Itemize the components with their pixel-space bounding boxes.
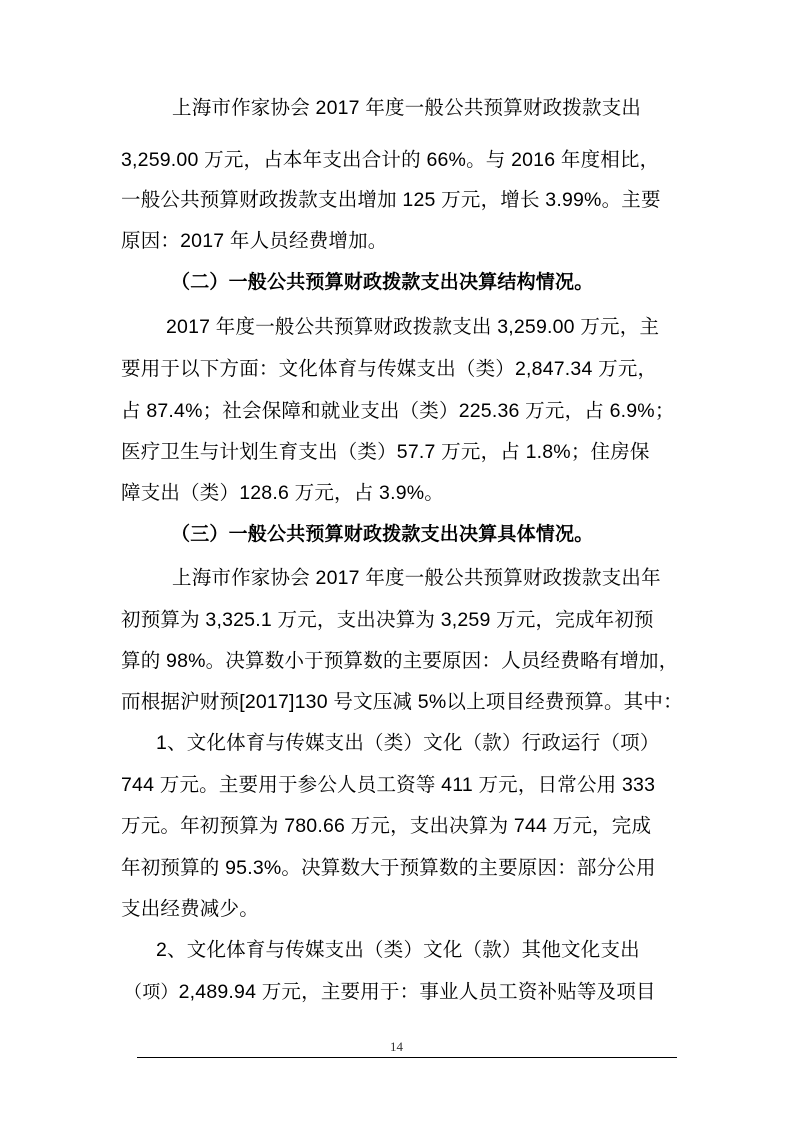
section-heading-2: （二）一般公共预算财政拨款支出决算结构情况。 [171, 271, 593, 295]
paragraph-1-line-4: 原因：2017 年人员经费增加。 [121, 229, 388, 253]
paragraph-2-line-5: 障支出（类）128.6 万元，占 3.9%。 [121, 481, 444, 505]
item-1-line-5: 支出经费减少。 [121, 897, 259, 921]
item-1-line-2: 744 万元。主要用于参公人员工资等 411 万元，日常公用 333 [121, 773, 655, 797]
item-2-line-2-text: 2,489.94 万元，主要用于：事业人员工资补贴等及项目 [179, 981, 656, 1003]
item-2-line-2: （项）2,489.94 万元，主要用于：事业人员工资补贴等及项目 [124, 980, 656, 1004]
item-1-line-4: 年初预算的 95.3%。决算数大于预算数的主要原因：部分公用 [121, 856, 656, 880]
item-2-line-1: 2、文化体育与传媒支出（类）文化（款）其他文化支出 [156, 938, 640, 962]
paragraph-1-line-2: 3,259.00 万元，占本年支出合计的 66%。与 2016 年度相比， [121, 148, 659, 172]
paragraph-3-line-3: 算的 98%。决算数小于预算数的主要原因：人员经费略有增加， [121, 649, 678, 673]
paragraph-3-line-4: 而根据沪财预[2017]130 号文压减 5%以上项目经费预算。其中： [121, 690, 683, 714]
paragraph-2-line-1: 2017 年度一般公共预算财政拨款支出 3,259.00 万元，主 [166, 315, 659, 339]
paragraph-2-line-4: 医疗卫生与计划生育支出（类）57.7 万元，占 1.8%；住房保 [121, 440, 650, 464]
paragraph-3-line-2: 初预算为 3,325.1 万元，支出决算为 3,259 万元，完成年初预 [121, 608, 654, 632]
footer-divider [137, 1057, 677, 1058]
document-page: 上海市作家协会 2017 年度一般公共预算财政拨款支出 3,259.00 万元，… [0, 0, 793, 1122]
paragraph-1-line-3: 一般公共预算财政拨款支出增加 125 万元，增长 3.99%。主要 [121, 188, 661, 212]
item-2-line-2-prefix: （项） [124, 982, 179, 1002]
item-1-line-1: 1、文化体育与传媒支出（类）文化（款）行政运行（项） [156, 731, 660, 755]
item-1-line-3: 万元。年初预算为 780.66 万元，支出决算为 744 万元，完成 [121, 814, 651, 838]
page-number: 14 [0, 1039, 793, 1055]
paragraph-2-line-2: 要用于以下方面：文化体育与传媒支出（类）2,847.34 万元， [121, 357, 657, 381]
paragraph-1-line-1: 上海市作家协会 2017 年度一般公共预算财政拨款支出 [172, 96, 641, 120]
section-heading-3: （三）一般公共预算财政拨款支出决算具体情况。 [171, 523, 593, 547]
paragraph-2-line-3: 占 87.4%；社会保障和就业支出（类）225.36 万元，占 6.9%； [121, 399, 675, 423]
paragraph-3-line-1: 上海市作家协会 2017 年度一般公共预算财政拨款支出年 [172, 566, 661, 590]
